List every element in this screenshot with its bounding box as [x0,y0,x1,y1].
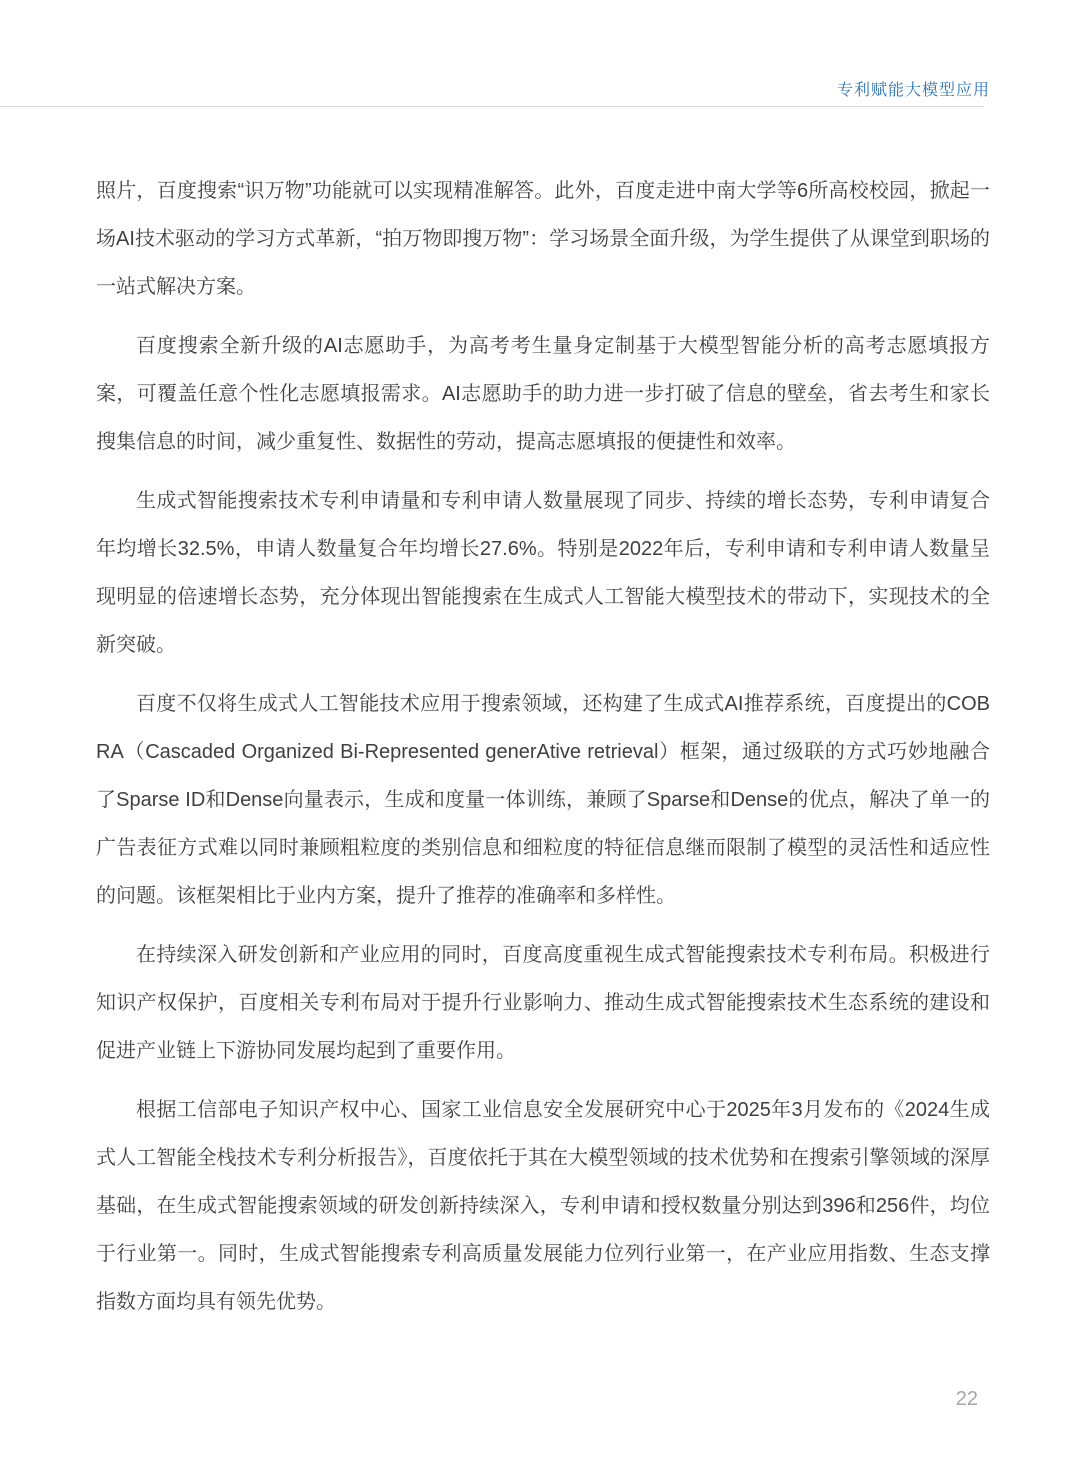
header-rule [0,106,984,107]
page-number: 22 [956,1388,978,1411]
document-page: 专利赋能大模型应用 照片，百度搜索“识万物”功能就可以实现精准解答。此外，百度走… [0,0,1080,1464]
paragraph: 在持续深入研发创新和产业应用的同时，百度高度重视生成式智能搜索技术专利布局。积极… [96,931,990,1075]
paragraph: 百度不仅将生成式人工智能技术应用于搜索领域，还构建了生成式AI推荐系统，百度提出… [96,680,990,920]
body-text: 照片，百度搜索“识万物”功能就可以实现精准解答。此外，百度走进中南大学等6所高校… [96,167,990,1337]
paragraph: 照片，百度搜索“识万物”功能就可以实现精准解答。此外，百度走进中南大学等6所高校… [96,167,990,311]
paragraph: 百度搜索全新升级的AI志愿助手，为高考考生量身定制基于大模型智能分析的高考志愿填… [96,322,990,466]
header-title: 专利赋能大模型应用 [0,77,990,100]
paragraph: 根据工信部电子知识产权中心、国家工业信息安全发展研究中心于2025年3月发布的《… [96,1086,990,1326]
paragraph: 生成式智能搜索技术专利申请量和专利申请人数量展现了同步、持续的增长态势，专利申请… [96,477,990,669]
